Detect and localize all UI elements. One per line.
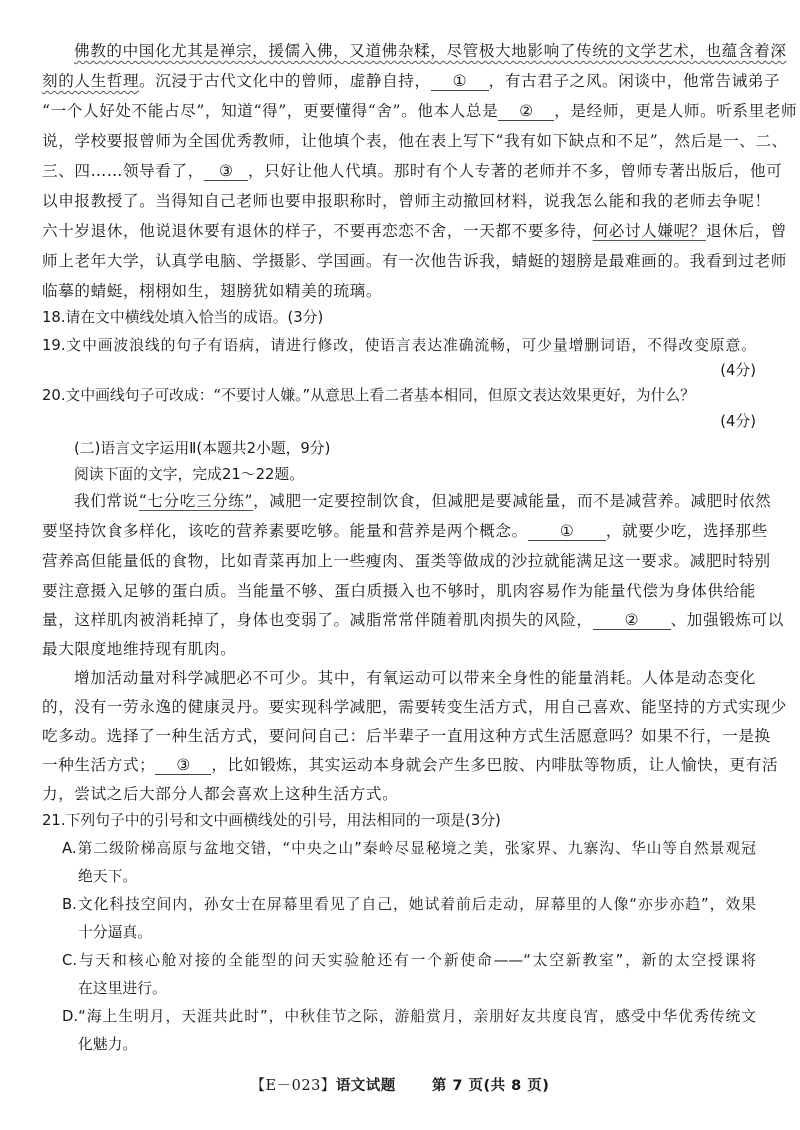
text-segment: ，就要少吃，选择那些 <box>606 522 768 540</box>
passage-2-line-9: 吃多动。选择了一种生活方式，要问问自己：后半辈子一直用这种方式生活愿意吗？如果不… <box>42 725 756 747</box>
text-segment: 三、四……领导看了， <box>42 162 204 180</box>
text-segment: 我们常说 <box>74 492 139 510</box>
passage-2-line-6: 最大限度地维持现有肌肉。 <box>42 638 756 660</box>
text-segment: 六十岁退休，他说退休要有退休的样子，不要再恋恋不舍，一天都不要多待， <box>42 222 593 240</box>
text-segment: 一种生活方式； <box>42 756 155 774</box>
text-segment: 退休后，曾 <box>706 222 787 240</box>
text-segment: ，减肥一定要控制饮食，但减肥是要减能量，而不是减营养。减肥时依然 <box>253 492 771 510</box>
blank-3: ③ <box>204 162 248 181</box>
option-b-cont: 十分逼真。 <box>78 922 792 944</box>
option-d-cont: 化魅力。 <box>78 1034 792 1056</box>
option-c-cont: 在这里进行。 <box>78 978 792 1000</box>
exam-subject: 语文试题 <box>336 1078 396 1094</box>
passage-1-line-5: 三、四……领导看了，③，只好让他人代填。那时有个人专著的老师并不多，曾师专著出版… <box>42 160 756 182</box>
exam-page: 佛教的中国化尤其是禅宗，援儒入佛，又道佛杂糅，尽管极大地影响了传统的文学艺术，也… <box>0 0 800 1130</box>
passage-2-line-11: 力，尝试之后大部分人都会喜欢上这种生活方式。 <box>42 783 756 805</box>
text-segment: ，比如锻炼，其实运动本身就会产生多巴胺、内啡肽等物质，让人愉快，更有活 <box>211 756 778 774</box>
question-20-score: (4分) <box>42 411 756 433</box>
passage-1-line-8: 师上老年大学，认真学电脑、学摄影、学国画。有一次他告诉我，蜻蜓的翅膀是最难画的。… <box>42 250 756 272</box>
page-footer: 【E－023】语文试题第 7 页(共 8 页) <box>0 1074 800 1095</box>
passage-1-line-2: 刻的人生哲理。沉浸于古代文化中的曾师，虚静自持，①，有古君子之风。闲谈中，他常告… <box>42 70 756 92</box>
passage-1-line-4: 说，学校要报曾师为全国优秀教师，让他填个表，他在表上写下“我有如下缺点和不足”，… <box>42 130 756 152</box>
text-segment: “一个人好处不能占尽”，知道“得”，更要懂得“舍”。他本人总是 <box>42 102 498 120</box>
blank-2: ② <box>593 611 671 630</box>
blank-1: ① <box>528 522 606 541</box>
passage-2-line-2: 要坚持饮食多样化，该吃的营养素要吃够。能量和营养是两个概念。①，就要少吃，选择那… <box>42 520 756 542</box>
question-20: 20.文中画线句子可改成：“不要讨人嫌。”从意思上看二者基本相同，但原文表达效果… <box>42 385 756 407</box>
blank-1: ① <box>431 72 489 91</box>
question-18: 18.请在文中横线处填入恰当的成语。(3分) <box>42 307 756 329</box>
passage-2-line-1: 我们常说“七分吃三分练”，减肥一定要控制饮食，但减肥是要减能量，而不是减营养。减… <box>74 490 756 512</box>
text-segment: ，是经师，更是人师。听系里老师 <box>554 102 797 120</box>
text-segment: 。沉浸于古代文化中的曾师，虚静自持， <box>139 72 431 90</box>
option-d[interactable]: D.“海上生明月，天涯共此时”，中秋佳节之际，游船赏月，亲朋好友共度良宵，感受中… <box>62 1006 756 1028</box>
exam-code: 【E－023】 <box>251 1078 336 1094</box>
option-a[interactable]: A.第二级阶梯高原与盆地交错，“中央之山”秦岭尽显秘境之美，张家界、九寨沟、华山… <box>62 838 756 860</box>
wavy-underlined-sentence: 佛教的中国化尤其是禅宗，援儒入佛，又道佛杂糅，尽管极大地影响了传统的文学艺术，也… <box>74 42 787 60</box>
passage-2-line-8: 的，没有一劳永逸的健康灵丹。要实现科学减肥，需要转变生活方式，用自己喜欢、能坚持… <box>42 696 756 718</box>
question-19-score: (4分) <box>42 360 756 382</box>
passage-1-line-7: 六十岁退休，他说退休要有退休的样子，不要再恋恋不舍，一天都不要多待，何必讨人嫌呢… <box>42 220 756 242</box>
question-19: 19.文中画波浪线的句子有语病，请进行修改，使语言表达准确流畅，可少量增删词语，… <box>42 335 756 357</box>
text-segment: ，有古君子之风。闲谈中，他常告诫弟子 <box>489 72 781 90</box>
section-2-heading: (二)语言文字运用Ⅱ(本题共2小题，9分) <box>74 438 788 460</box>
underlined-quote: “七分吃三分练” <box>139 492 253 510</box>
text-segment: 量，这样肌肉被消耗掉了，身体也变弱了。减脂常常伴随着肌肉损失的风险， <box>42 611 593 629</box>
passage-2-line-7: 增加活动量对科学减肥必不可少。其中，有氧运动可以带来全身性的能量消耗。人体是动态… <box>74 667 756 689</box>
text-segment: ，只好让他人代填。那时有个人专著的老师并不多，曾师专著出版后，他可 <box>248 162 782 180</box>
passage-2-line-5: 量，这样肌肉被消耗掉了，身体也变弱了。减脂常常伴随着肌肉损失的风险，②、加强锻炼… <box>42 609 756 631</box>
blank-3: ③ <box>155 756 211 775</box>
passage-2-line-3: 营养高但能量低的食物，比如青菜再加上一些瘦肉、蛋类等做成的沙拉就能满足这一要求。… <box>42 550 756 572</box>
option-b[interactable]: B.文化科技空间内，孙女士在屏幕里看见了自己，她试着前后走动，屏幕里的人像“亦步… <box>62 894 756 916</box>
passage-1-line-1: 佛教的中国化尤其是禅宗，援儒入佛，又道佛杂糅，尽管极大地影响了传统的文学艺术，也… <box>74 40 756 62</box>
page-number: 第 7 页(共 8 页) <box>432 1078 550 1094</box>
wavy-underlined-sentence-end: 刻的人生哲理 <box>42 72 139 90</box>
text-segment: 、加强锻炼可以 <box>671 611 784 629</box>
underlined-sentence: 何必讨人嫌呢？ <box>593 222 706 240</box>
blank-2: ② <box>498 102 554 121</box>
question-21-stem: 21.下列句子中的引号和文中画横线处的引号，用法相同的一项是(3分) <box>42 810 756 832</box>
passage-1-line-9: 临摹的蜻蜓，栩栩如生，翅膀犹如精美的琉璃。 <box>42 280 756 302</box>
passage-2-line-10: 一种生活方式；③，比如锻炼，其实运动本身就会产生多巴胺、内啡肽等物质，让人愉快，… <box>42 754 756 776</box>
passage-2-line-4: 要注意摄入足够的蛋白质。当能量不够、蛋白质摄入也不够时，肌肉容易作为能量代偿为身… <box>42 580 756 602</box>
section-2-instruction: 阅读下面的文字，完成21～22题。 <box>74 464 788 486</box>
passage-1-line-3: “一个人好处不能占尽”，知道“得”，更要懂得“舍”。他本人总是②，是经师，更是人… <box>42 100 756 122</box>
text-segment: 要坚持饮食多样化，该吃的营养素要吃够。能量和营养是两个概念。 <box>42 522 528 540</box>
option-a-cont: 绝天下。 <box>78 866 792 888</box>
option-c[interactable]: C.与天和核心舱对接的全能型的问天实验舱还有一个新使命——“太空新教室”，新的太… <box>62 950 756 972</box>
passage-1-line-6: 以申报教授了。当得知自己老师也要申报职称时，曾师主动撤回材料，说我怎么能和我的老… <box>42 190 756 212</box>
